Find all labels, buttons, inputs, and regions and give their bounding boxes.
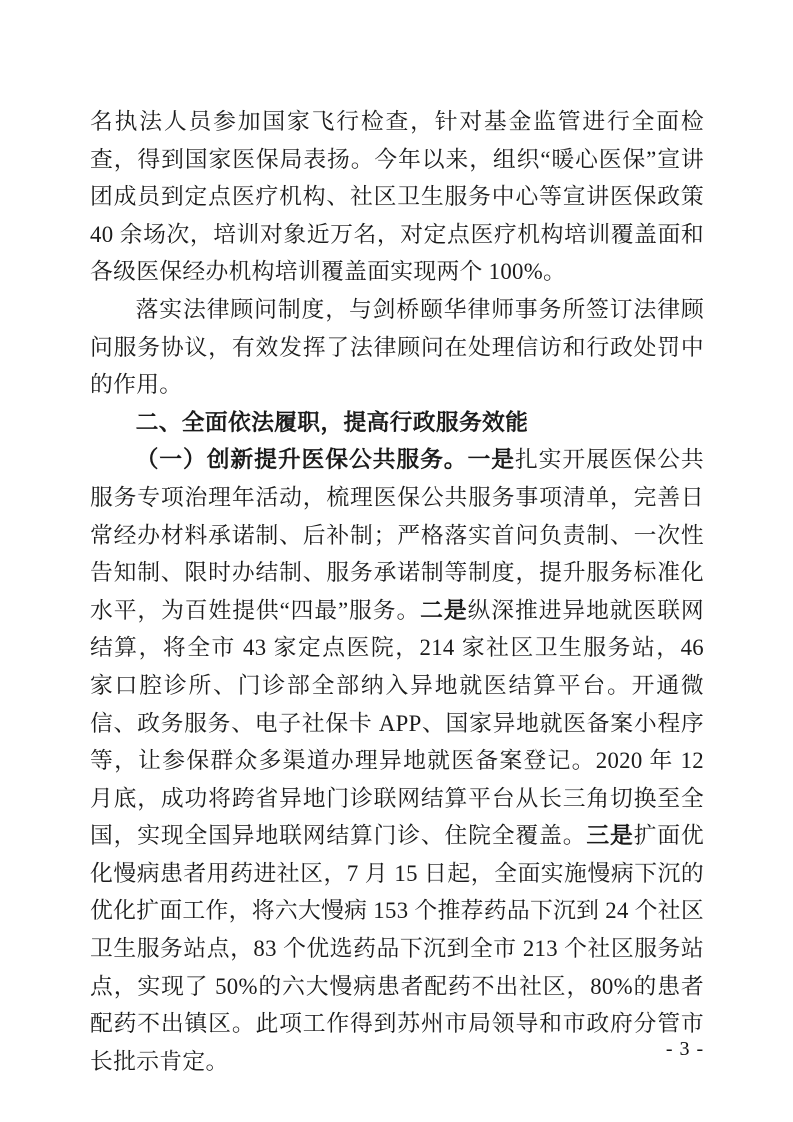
- section-heading-text: 二、全面依法履职，提高行政服务效能: [136, 409, 529, 435]
- section-heading: 二、全面依法履职，提高行政服务效能: [90, 404, 704, 442]
- run-bold-item-two: 二是: [420, 598, 467, 623]
- paragraph-continuation: 名执法人员参加国家飞行检查，针对基金监管进行全面检查，得到国家医保局表扬。今年以…: [90, 103, 704, 291]
- run-bold-item-one: （一）创新提升医保公共服务。一是: [136, 447, 515, 472]
- run-text: 纵深推进异地就医联网结算，将全市 43 家定点医院，214 家社区卫生服务站，4…: [90, 598, 704, 849]
- run-text: 扎实开展医保公共服务专项治理年活动，梳理医保公共服务事项清单，完善日常经办材料承…: [90, 447, 704, 622]
- paragraph-text: 落实法律顾问制度，与剑桥颐华律师事务所签订法律顾问服务协议，有效发挥了法律顾问在…: [90, 297, 704, 397]
- run-text: 扩面优化慢病患者用药进社区，7 月 15 日起，全面实施慢病下沉的优化扩面工作，…: [90, 823, 704, 1074]
- paragraph-text: 名执法人员参加国家飞行检查，针对基金监管进行全面检查，得到国家医保局表扬。今年以…: [90, 109, 704, 284]
- document-page: 名执法人员参加国家飞行检查，针对基金监管进行全面检查，得到国家医保局表扬。今年以…: [0, 0, 793, 1122]
- page-number: - 3 -: [655, 1037, 715, 1061]
- paragraph-legal-advisor: 落实法律顾问制度，与剑桥颐华律师事务所签订法律顾问服务协议，有效发挥了法律顾问在…: [90, 291, 704, 404]
- run-bold-item-three: 三是: [586, 823, 633, 848]
- document-body: 名执法人员参加国家飞行检查，针对基金监管进行全面检查，得到国家医保局表扬。今年以…: [90, 103, 704, 1080]
- paragraph-public-service: （一）创新提升医保公共服务。一是扎实开展医保公共服务专项治理年活动，梳理医保公共…: [90, 441, 704, 1080]
